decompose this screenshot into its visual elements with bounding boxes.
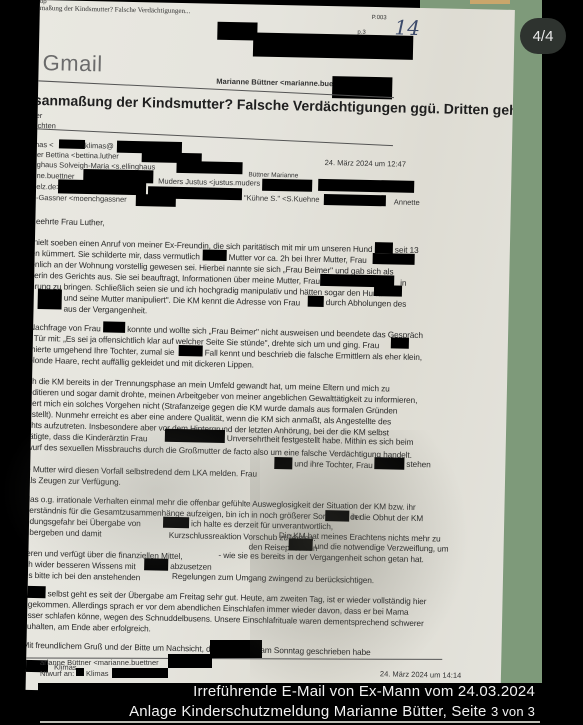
redaction-box	[375, 242, 393, 253]
redaction-box	[308, 296, 324, 307]
printed-email-page: öp maßung der Kindsmutter? Falsche Verdä…	[26, 0, 515, 700]
redaction-box	[144, 558, 168, 571]
message-date: 24. März 2024 um 12:47	[325, 158, 406, 169]
email-subject: sanmaßung der Kindsmutter? Falsche Verdä…	[34, 92, 515, 118]
caption-page-count: 3 von 3	[491, 704, 535, 719]
redaction-box	[163, 517, 189, 529]
draft-recipient-name: Klimas	[86, 669, 109, 678]
redaction-box	[374, 285, 402, 297]
redaction-box	[325, 510, 349, 522]
redaction-box	[103, 321, 125, 332]
subject-continuation: ter	[33, 111, 42, 120]
body-text-line: übergeben und damit	[26, 527, 102, 539]
body-text-line: zuhalten, am Ende aber erfolgreich.	[26, 621, 151, 634]
redaction-box	[179, 345, 203, 357]
redaction-box	[217, 22, 257, 41]
redaction-box	[373, 253, 415, 265]
draft-label: Ntwurf an:	[40, 669, 74, 678]
recipient: h-Gassner <moenchgassner	[32, 193, 127, 204]
redaction-box	[136, 194, 176, 207]
body-text-line: als Zeugen zur Verfügung.	[26, 475, 121, 487]
redaction-box	[38, 289, 62, 309]
body-text-line: es bitte ich bei den anstehenden	[26, 570, 141, 582]
redaction-box	[59, 139, 85, 149]
body-text-line: stehen	[406, 459, 431, 470]
redaction-box	[274, 457, 292, 469]
reply-date: 24. März 2024 um 14:14	[380, 669, 461, 680]
redaction-box	[374, 457, 404, 470]
recipient: "Kühne S." <S.Kuehne	[244, 193, 320, 204]
recipient: her Bettina <bettina.luther	[33, 150, 119, 161]
caption-subtitle: Anlage Kinderschutzmeldung Marianne Bütt…	[129, 703, 535, 720]
body-text-line: aus der Vergangenheit.	[63, 304, 147, 316]
sender-name: mas <	[33, 140, 54, 149]
recipient: Annette	[394, 197, 420, 207]
redaction-box	[324, 194, 386, 206]
page-counter-badge: 4/4	[520, 18, 566, 54]
redaction-box	[318, 179, 414, 193]
gmail-logo: Gmail	[42, 50, 102, 77]
redaction-box	[210, 640, 262, 658]
caption-title: Irreführende E-Mail von Ex-Mann vom 24.0…	[193, 683, 535, 700]
redaction-box	[391, 337, 409, 348]
body-text-line: Nachfrage von Frau	[29, 322, 101, 333]
salutation: geehrte Frau Luther,	[31, 216, 104, 228]
redaction-box	[76, 668, 84, 676]
redaction-box	[203, 249, 227, 261]
paper-bottom-edge	[40, 721, 540, 723]
redaction-box	[289, 538, 313, 551]
body-text-line: und ihre Tochter, Frau	[294, 458, 373, 470]
redaction-box	[176, 161, 242, 174]
wooden-table-edge	[470, 0, 510, 4]
caption-attachment-label: Anlage Kinderschutzmeldung Marianne Bütt…	[129, 703, 487, 720]
body-text-line: Regelungen zum Umgang zwingend zu berück…	[172, 571, 374, 585]
reply-recipient: arianne Büttner <marianne.buettner	[40, 658, 159, 667]
redaction-box	[112, 668, 168, 678]
body-text-line: in die Obhut der KM	[351, 512, 423, 524]
body-text-line: ich halte es derzeit für unverantwortlic…	[191, 518, 333, 531]
fax-page-code: P.003	[372, 15, 387, 21]
redaction-box	[262, 179, 312, 192]
redaction-box	[168, 654, 212, 668]
body-text-line: durch Abholungen des	[326, 297, 407, 309]
redaction-box	[27, 586, 45, 598]
sender-email: klimas@	[85, 141, 114, 151]
print-header-title: maßung der Kindsmutter? Falsche Verdächt…	[40, 4, 191, 15]
account-line: Marianne Büttner <marianne.buettner	[216, 77, 350, 89]
redaction-box	[165, 429, 225, 443]
redaction-box	[253, 32, 413, 59]
photo-viewer: öp maßung der Kindsmutter? Falsche Verdä…	[0, 0, 583, 725]
